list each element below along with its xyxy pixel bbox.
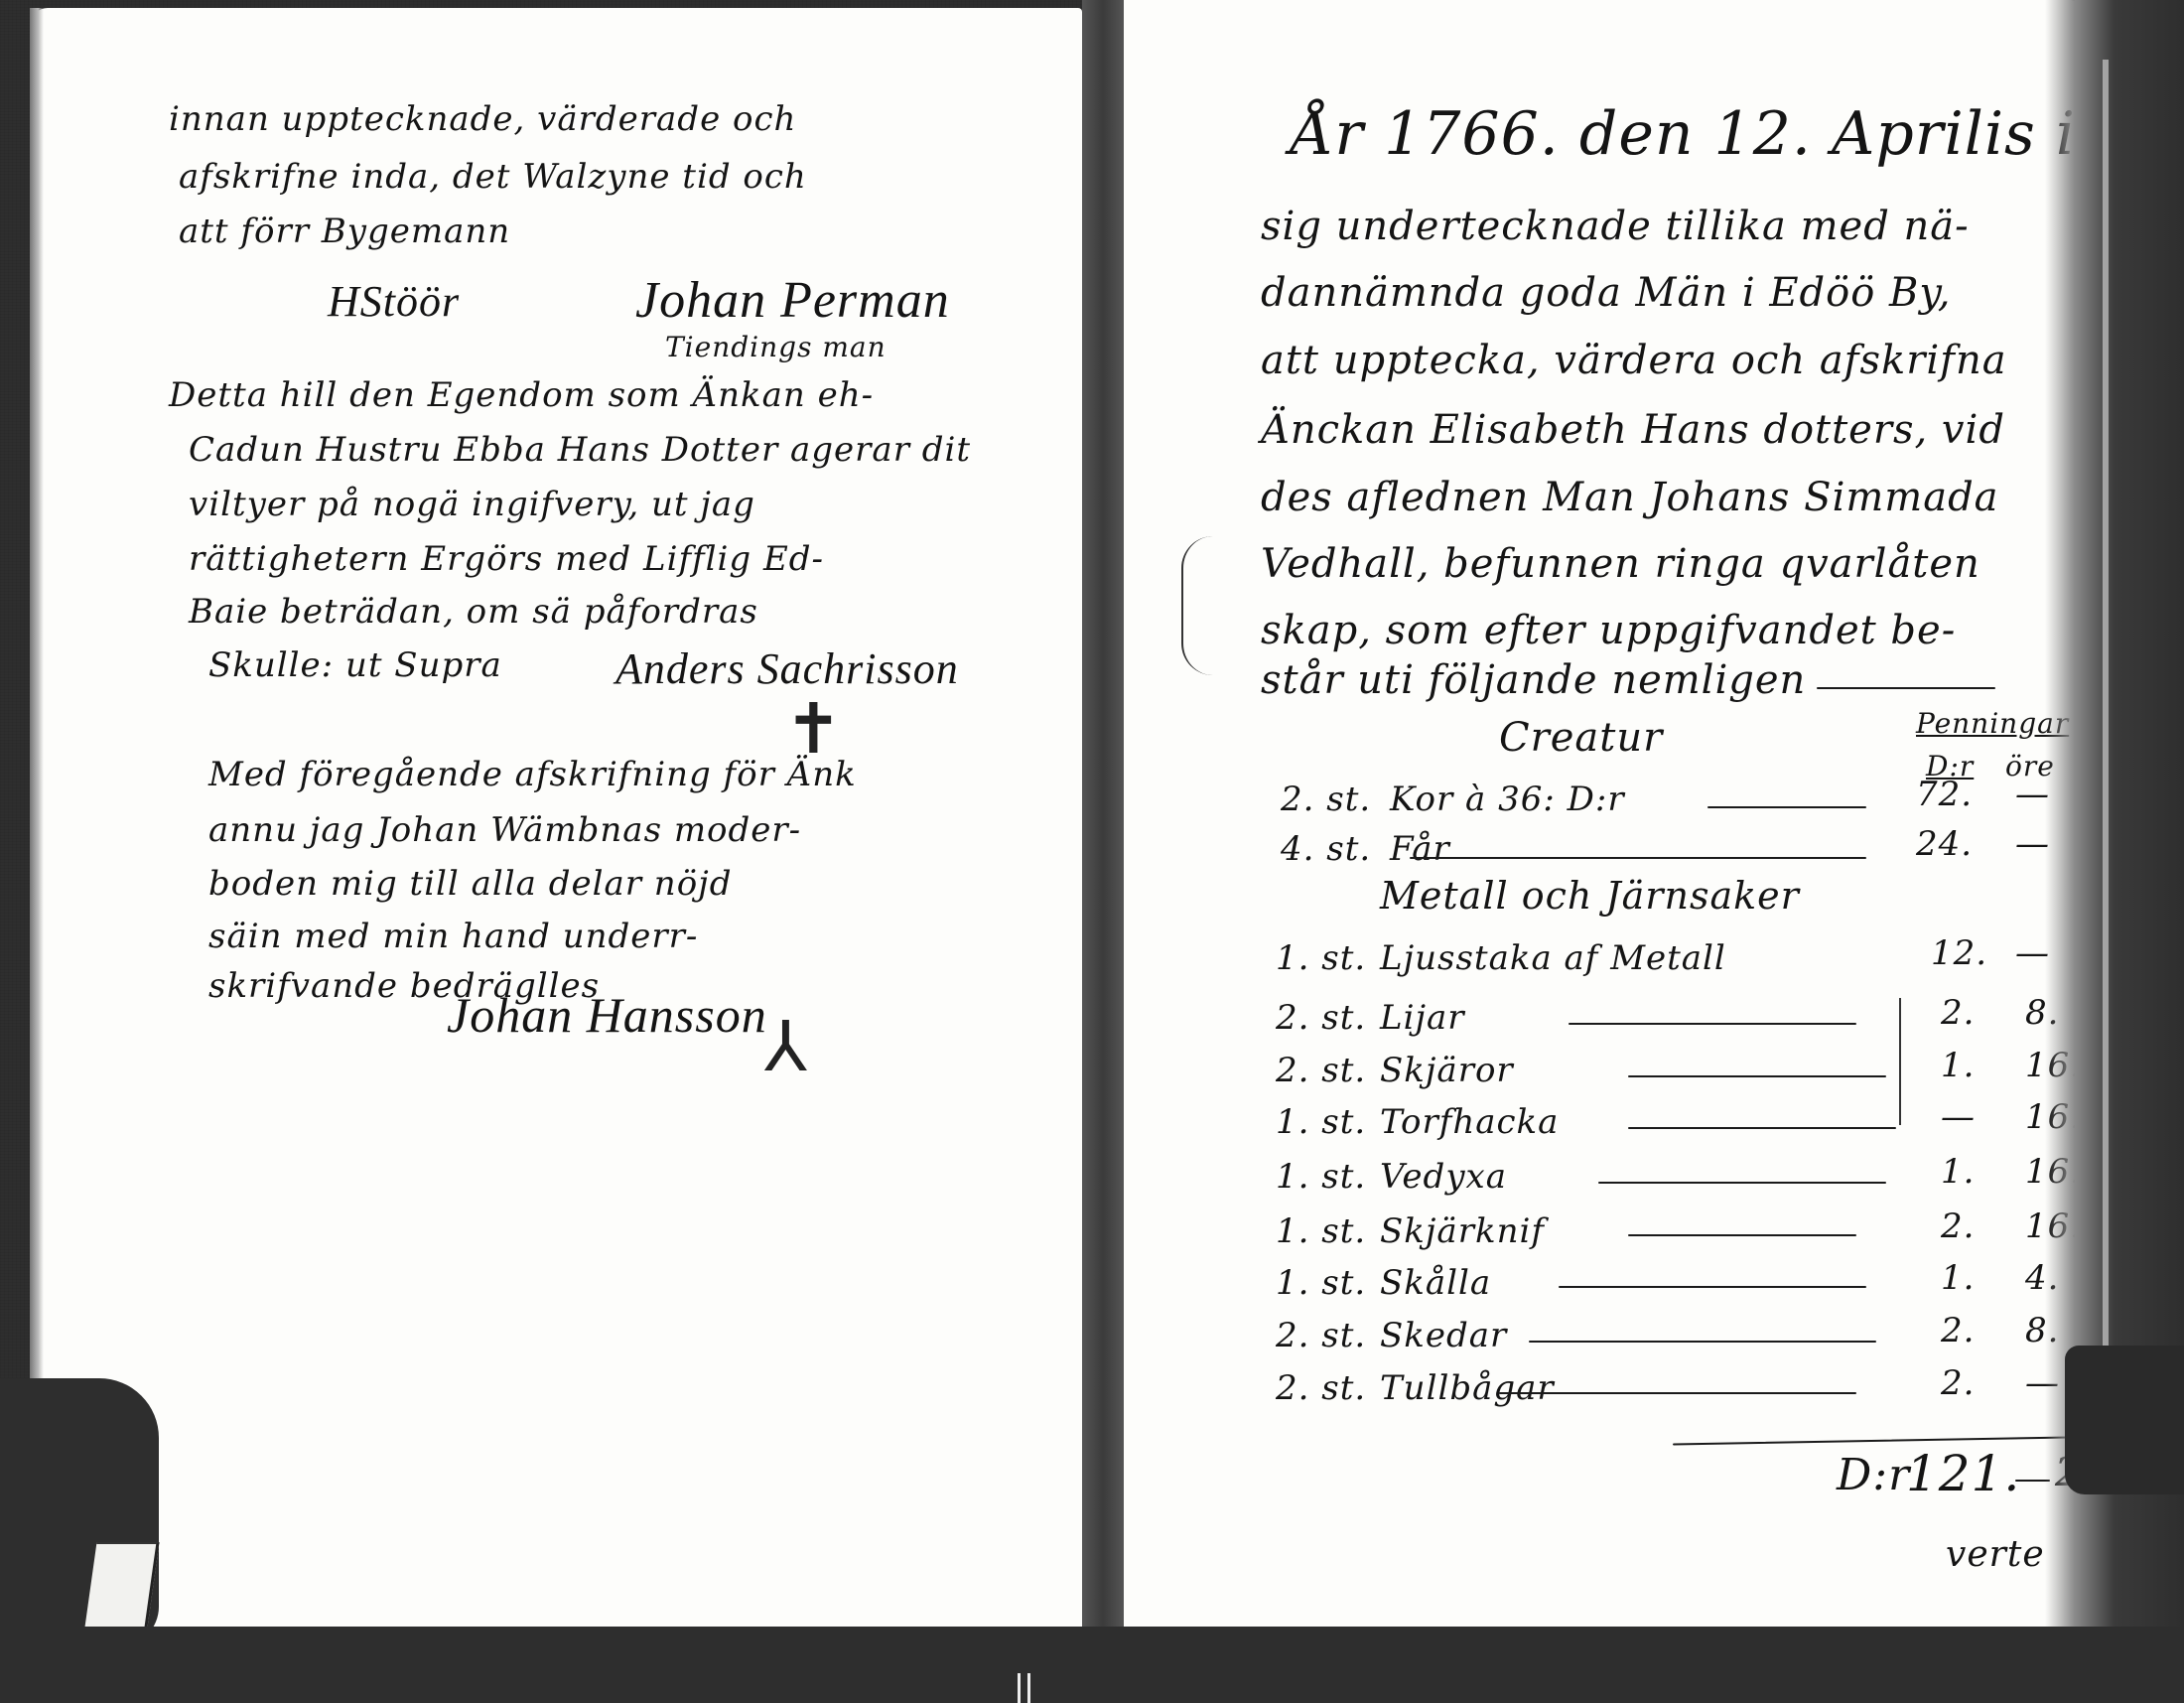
signatory-title: Tiendings man — [665, 331, 887, 363]
row-qty: 4. st. — [1281, 829, 1371, 869]
text-line: Cadun Hustru Ebba Hans Dotter agerar dit — [189, 430, 971, 470]
text-line: rättighetern Ergörs med Lifflig Ed- — [189, 539, 824, 579]
signature-stoor: HStöör — [328, 276, 460, 327]
signature-anders-sachrisson: Anders Sachrisson — [615, 643, 959, 694]
ink-rule — [1529, 1341, 1876, 1343]
row-item: Torfhacka — [1380, 1102, 1559, 1142]
ink-rule — [1410, 857, 1866, 859]
row-item: Skjäror — [1380, 1051, 1514, 1090]
scan-border-bottom — [0, 1627, 2184, 1703]
row-qty: 2. st. — [1276, 1051, 1366, 1090]
ink-rule — [1559, 1286, 1866, 1288]
row-daler: 2. — [1941, 1206, 1975, 1246]
text-line: viltyer på nogä ingifvery, ut jag — [189, 485, 755, 524]
row-item: Vedyxa — [1380, 1157, 1507, 1197]
text-line: att förr Bygemann — [179, 212, 510, 251]
text-line: Detta hill den Egendom som Änkan eh- — [169, 375, 874, 415]
text-line: säin med min hand underr- — [208, 917, 698, 956]
row-daler: 72. — [1916, 775, 1973, 814]
row-qty: 2. st. — [1276, 998, 1366, 1038]
ink-rule — [1598, 1182, 1886, 1184]
house-mark-icon: ⅄ — [764, 1006, 807, 1087]
row-item: Lijar — [1380, 998, 1465, 1038]
row-qty: 1. st. — [1276, 1157, 1366, 1197]
text-line: Skulle: ut Supra — [208, 645, 502, 685]
left-page: innan upptecknade, värderade och afskrif… — [30, 8, 1082, 1627]
ink-rule — [1628, 1234, 1856, 1236]
text-line: Baie beträdan, om sä påfordras — [189, 592, 758, 632]
row-qty: 2. st. — [1276, 1368, 1366, 1408]
text-line: skap, som efter uppgifvandet be- — [1261, 608, 1956, 653]
total-label: D:r — [1837, 1450, 1910, 1500]
row-daler: 24. — [1916, 824, 1973, 864]
row-item: Kor à 36: D:r — [1390, 780, 1625, 819]
row-qty: 1. st. — [1276, 1102, 1366, 1142]
row-daler: 2. — [1941, 1363, 1975, 1403]
text-line: boden mig till alla delar nöjd — [208, 864, 732, 904]
text-line: afskrifne inda, det Walzyne tid och — [179, 157, 807, 197]
text-line: Änckan Elisabeth Hans dotters, vid — [1261, 407, 2005, 453]
row-item: Skålla — [1380, 1263, 1491, 1303]
ink-rule — [1628, 1075, 1886, 1077]
text-line: annu jag Johan Wämbnas moder- — [208, 810, 801, 850]
text-line: Med föregående afskrifning för Änk — [208, 755, 857, 794]
row-item: Skjärknif — [1380, 1211, 1545, 1251]
total-daler: 121. — [1906, 1445, 2020, 1502]
section-title-creatur: Creatur — [1499, 715, 1663, 761]
row-item: Skedar — [1380, 1316, 1507, 1355]
text-line: Vedhall, befunnen ringa qvarlåten — [1261, 541, 1980, 587]
row-qty: 2. st. — [1281, 780, 1371, 819]
section-title-metall: Metall och Järnsaker — [1380, 874, 1800, 918]
row-daler: 1. — [1941, 1152, 1975, 1192]
row-daler: 1. — [1941, 1258, 1975, 1298]
verte-note: verte — [1946, 1534, 2045, 1575]
scan-clip — [2065, 1346, 2184, 1494]
row-daler: 2. — [1941, 993, 1975, 1033]
row-daler: 1. — [1941, 1046, 1975, 1085]
ink-rule — [1499, 1392, 1856, 1394]
ink-rule — [1628, 1127, 1896, 1129]
ink-rule — [1569, 1023, 1856, 1025]
text-line: des aflednen Man Johans Simmada — [1261, 475, 1999, 520]
row-daler: 12. — [1931, 933, 1987, 973]
row-qty: 1. st. — [1276, 1263, 1366, 1303]
signature-johan-perman: Johan Perman — [635, 271, 950, 330]
row-daler: — — [1941, 1097, 1976, 1137]
ink-rule — [1817, 687, 1995, 689]
book-binding-gutter — [1082, 0, 1124, 1703]
text-line: sig undertecknade tillika med nä- — [1261, 204, 1970, 249]
text-line: att upptecka, värdera och afskrifna — [1261, 338, 2007, 383]
row-qty: 1. st. — [1276, 1211, 1366, 1251]
signature-johan-hansson: Johan Hansson — [447, 986, 767, 1044]
text-line: står uti följande nemligen — [1261, 657, 1806, 703]
ink-rule — [1707, 806, 1866, 808]
row-item: Tullbågar — [1380, 1368, 1555, 1408]
margin-mark — [1181, 536, 1213, 675]
row-qty: 2. st. — [1276, 1316, 1366, 1355]
text-line: dannämnda goda Män i Edöö By, — [1261, 270, 1951, 316]
row-qty: 1. st. — [1276, 938, 1366, 978]
bracket-mark — [1889, 998, 1901, 1125]
text-line: innan upptecknade, värderade och — [169, 99, 796, 139]
row-item: Får — [1390, 829, 1450, 869]
row-daler: 2. — [1941, 1311, 1975, 1350]
row-item: Ljusstaka af Metall — [1380, 938, 1726, 978]
binding-marks — [1018, 1673, 1037, 1703]
